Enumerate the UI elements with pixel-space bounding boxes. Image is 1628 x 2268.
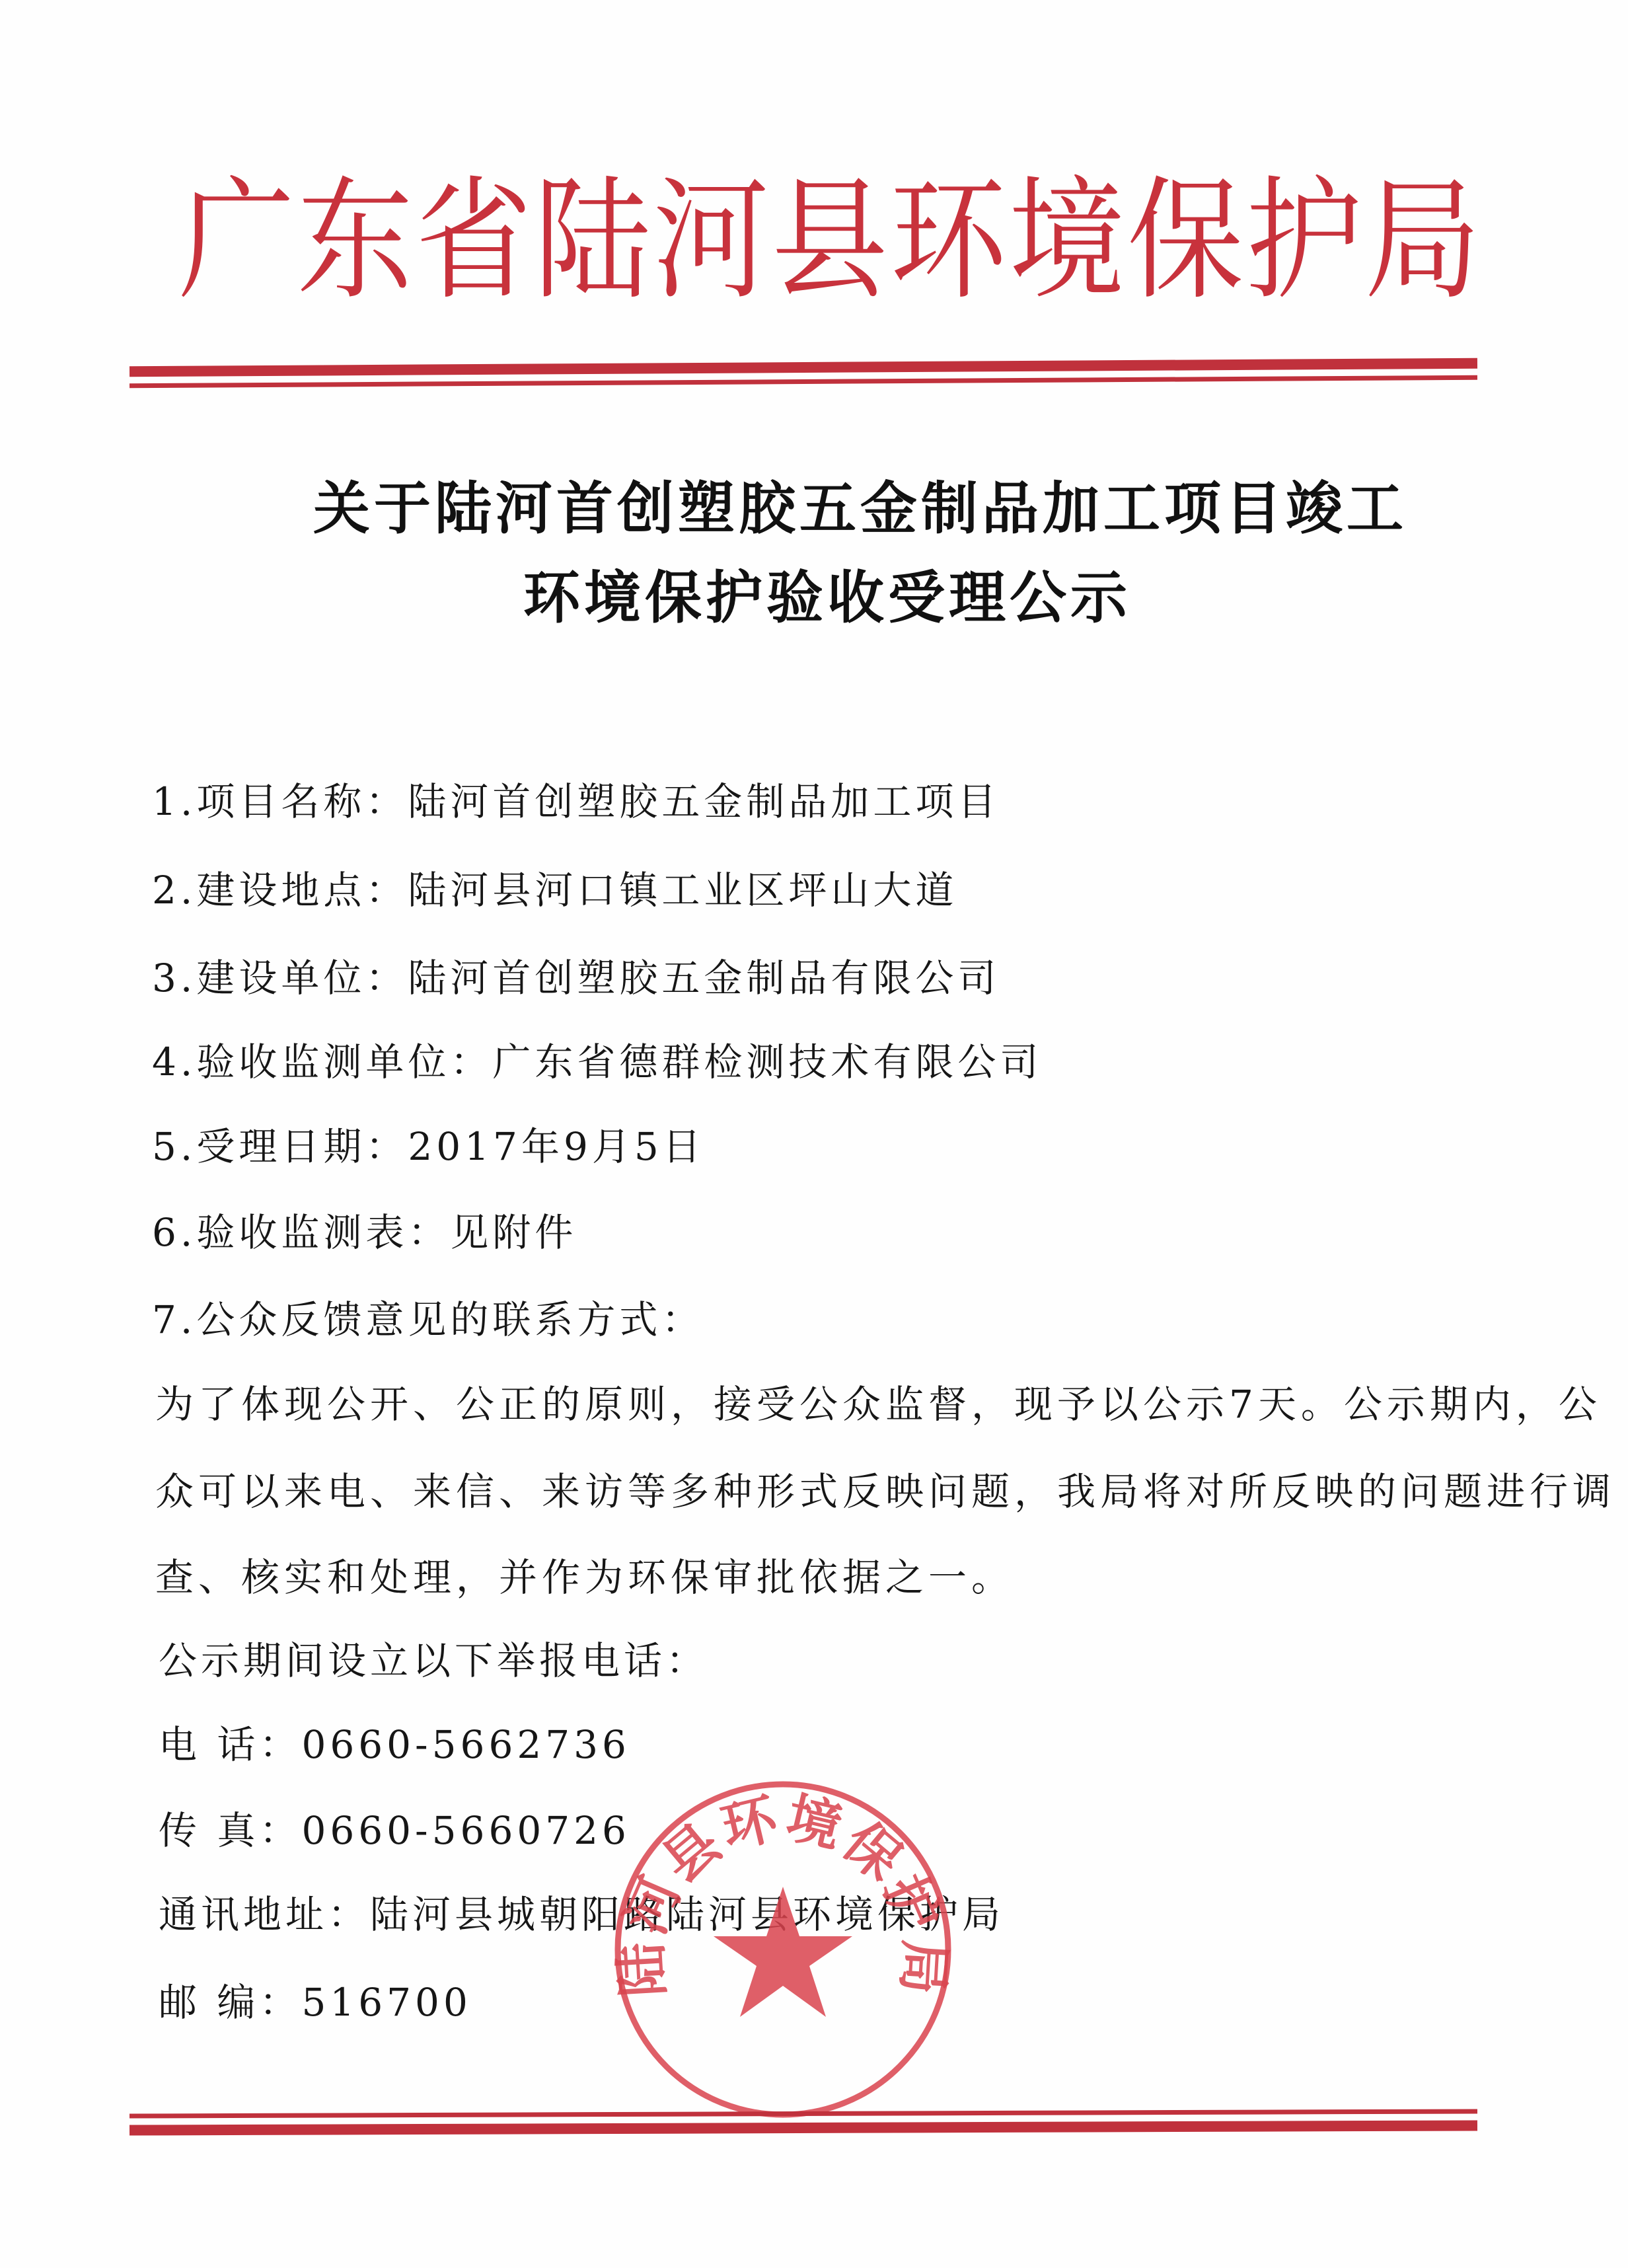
item-value: 见附件 xyxy=(450,1210,577,1255)
paragraph-line-3: 查、核实和处理，并作为环保审批依据之一。 xyxy=(155,1554,1014,1601)
notice-title-line-1: 关于陆河首创塑胶五金制品加工项目竣工 xyxy=(0,463,1628,545)
contact-value: 0660-5660726 xyxy=(301,1808,630,1853)
item-value: 广东省德群检测技术有限公司 xyxy=(492,1039,1042,1084)
item-monitoring-table: 6.验收监测表：见附件 xyxy=(152,1209,577,1256)
contact-label: 邮 编： xyxy=(159,1980,301,2025)
notice-title-line-2: 环境保护验收受理公示 xyxy=(0,552,1628,634)
item-value: 陆河首创塑胶五金制品有限公司 xyxy=(408,956,1000,1001)
item-monitoring-unit: 4.验收监测单位：广东省德群检测技术有限公司 xyxy=(152,1039,1042,1085)
item-value: 陆河首创塑胶五金制品加工项目 xyxy=(408,779,1000,824)
item-label: 4.验收监测单位： xyxy=(152,1039,492,1084)
letterhead-rule-thick xyxy=(129,358,1477,377)
item-label: 7.公众反馈意见的联系方式： xyxy=(152,1297,704,1342)
star-icon xyxy=(714,1887,852,2017)
paragraph-line-2: 众可以来电、来信、来访等多种形式反映问题，我局将对所反映的问题进行调 xyxy=(155,1468,1615,1515)
item-construction-unit: 3.建设单位：陆河首创塑胶五金制品有限公司 xyxy=(152,955,1000,1001)
item-label: 5.受理日期： xyxy=(152,1124,408,1169)
paragraph-line-1: 为了体现公开、公正的原则，接受公众监督，现予以公示7天。公示期内，公 xyxy=(155,1381,1602,1427)
item-label: 2.建设地点： xyxy=(152,868,408,913)
contact-label: 传 真： xyxy=(159,1808,301,1853)
item-label: 3.建设单位： xyxy=(152,956,408,1001)
contact-label: 电 话： xyxy=(159,1722,301,1767)
item-label: 6.验收监测表： xyxy=(152,1210,450,1255)
item-value: 陆河县河口镇工业区坪山大道 xyxy=(408,868,957,913)
item-project-name: 1.项目名称：陆河首创塑胶五金制品加工项目 xyxy=(152,778,1000,825)
official-seal: 陆河县环境保护局 xyxy=(611,1778,955,2121)
document-page: 广东省陆河县环境保护局 关于陆河首创塑胶五金制品加工项目竣工 环境保护验收受理公… xyxy=(0,0,1628,2268)
item-construction-site: 2.建设地点：陆河县河口镇工业区坪山大道 xyxy=(152,867,957,913)
letterhead-title: 广东省陆河县环境保护局 xyxy=(178,165,1306,317)
item-label: 1.项目名称： xyxy=(152,779,408,824)
item-value: 2017年9月5日 xyxy=(408,1124,704,1169)
contact-postcode: 邮 编：516700 xyxy=(159,1979,472,2025)
contact-value: 516700 xyxy=(301,1980,471,2025)
letterhead-rule-thin xyxy=(129,375,1477,388)
contact-label: 通讯地址： xyxy=(159,1892,370,1937)
contact-value: 0660-5662736 xyxy=(301,1722,630,1767)
item-acceptance-date: 5.受理日期：2017年9月5日 xyxy=(152,1123,705,1170)
item-feedback-contact: 7.公众反馈意见的联系方式： xyxy=(152,1297,704,1343)
contact-phone: 电 话：0660-5662736 xyxy=(159,1721,630,1768)
footer-rule-thick xyxy=(129,2120,1477,2135)
contact-fax: 传 真：0660-5660726 xyxy=(159,1807,630,1854)
hotline-intro: 公示期间设立以下举报电话： xyxy=(159,1638,708,1684)
